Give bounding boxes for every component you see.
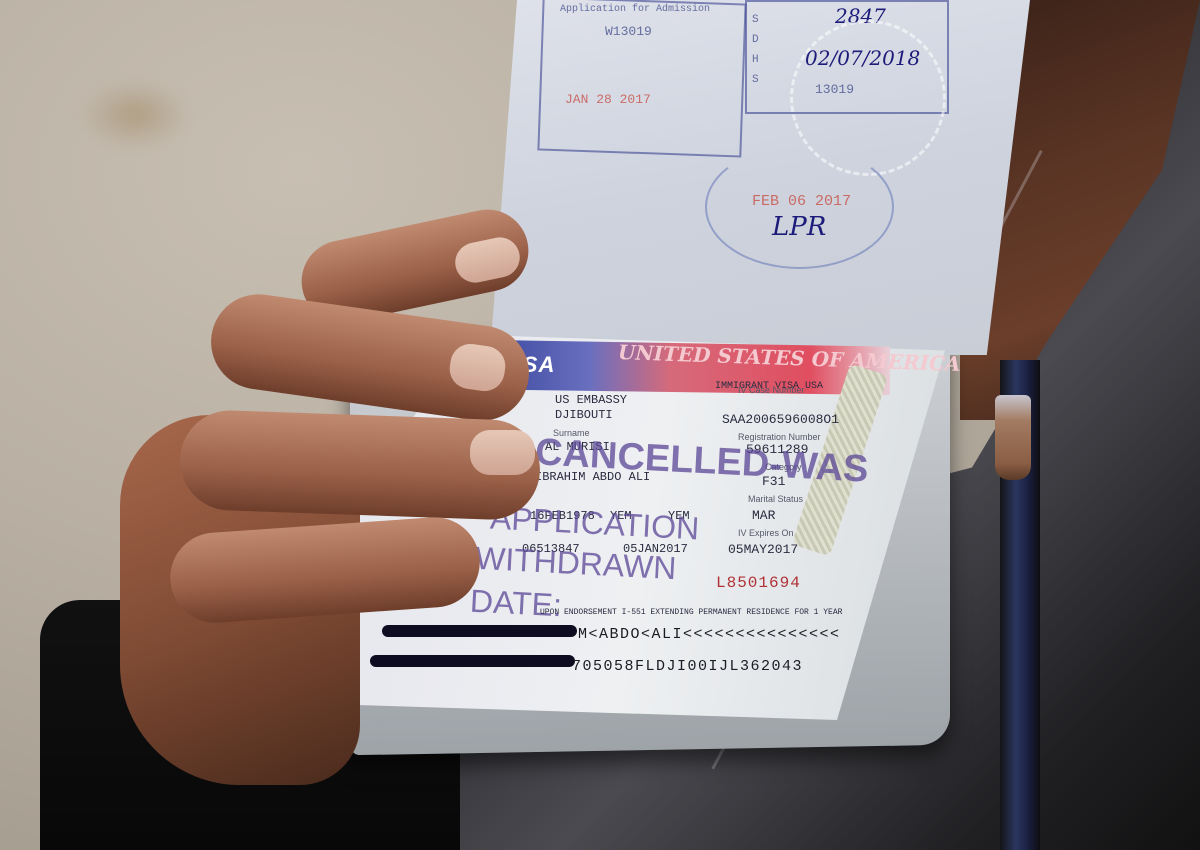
zipper-pull [995,395,1031,480]
marital-status: MAR [752,508,775,523]
entry-stamp-date: FEB 06 2017 [752,193,851,210]
visa-annotation: UPON ENDORSEMENT I-551 EXTENDING PERMANE… [540,608,842,617]
case-number-label: IV Case Number [738,385,805,395]
admission-stamp-date: JAN 28 2017 [565,92,651,107]
letter: D [752,34,759,46]
case-number: SAA2006596008O1 [722,412,839,427]
expires-label: IV Expires On [738,528,794,538]
mrz-line2: 705058FLDJI00IJL362043 [572,658,803,675]
admission-stamp-title: Application for Admission [560,4,710,15]
fingernail [470,430,535,475]
hand [120,225,540,785]
registration-label: Registration Number [738,432,821,442]
issuing-post-line1: US EMBASSY [555,393,627,407]
issuing-post-line2: DJIBOUTI [555,408,613,422]
expires-on: 05MAY2017 [728,542,798,557]
letter: S [752,74,759,86]
dhs-letters: S D H S [752,10,762,90]
visa-control-number: L8501694 [716,574,801,592]
admission-stamp-code: W13019 [605,24,652,39]
photo-scene: Application for Admission W13019 JAN 28 … [0,0,1200,850]
letter: H [752,54,759,66]
letter: S [752,14,759,26]
wall-background [80,80,190,150]
mrz-line1: M<ABDO<ALI<<<<<<<<<<<<<<< [578,626,841,643]
handwritten-class: LPR [772,212,826,242]
marital-label: Marital Status [748,494,803,504]
